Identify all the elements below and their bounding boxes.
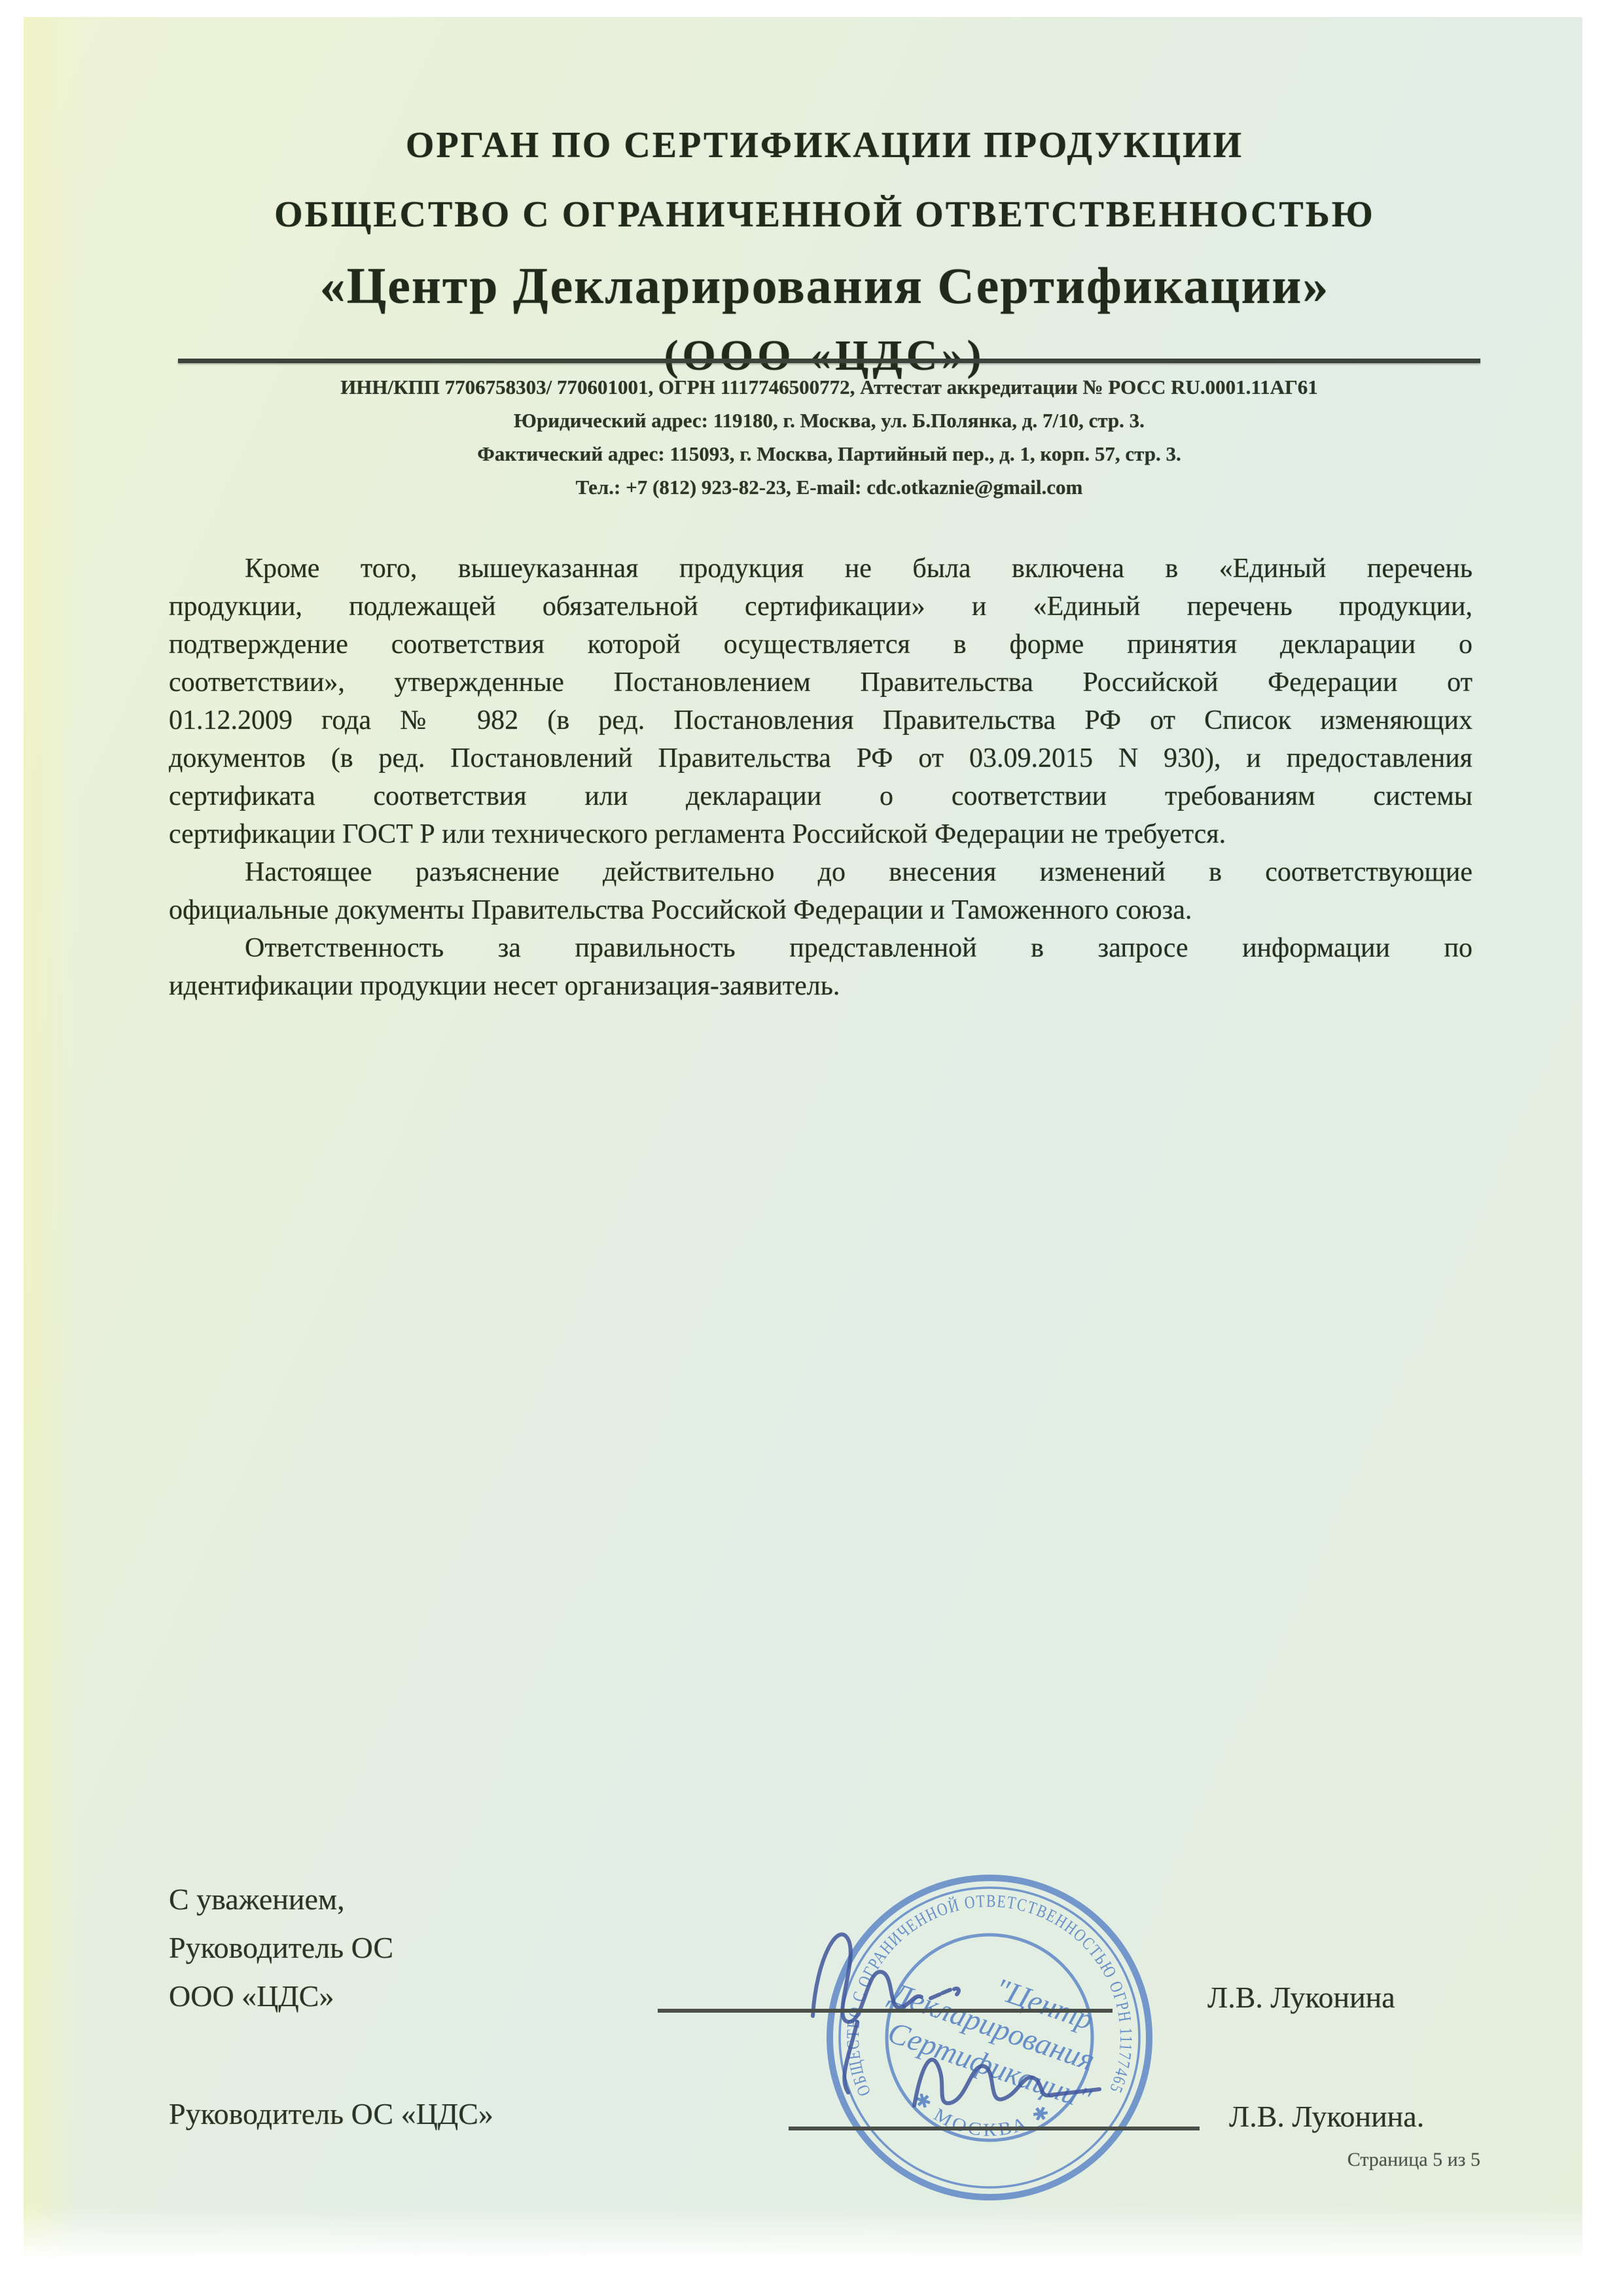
text-line: Кроме того, вышеуказанная продукция не б… xyxy=(169,550,1472,588)
letterhead-divider-rule xyxy=(178,359,1480,363)
text-line: соответствии», утвержденные Постановлени… xyxy=(169,663,1472,701)
signer-name-1: Л.В. Луконина xyxy=(1207,1980,1395,2015)
text-line: ИНН/КПП 7706758303/ 770601001, ОГРН 1117… xyxy=(178,370,1480,404)
requisites-block: ИНН/КПП 7706758303/ 770601001, ОГРН 1117… xyxy=(178,370,1480,504)
closing-phrase: С уважением, xyxy=(169,1882,345,1916)
text-line: Настоящее разъяснение действительно до в… xyxy=(169,853,1472,891)
letterhead-company-name: «Центр Декларирования Сертификации» xyxy=(170,256,1479,315)
text-line: подтверждение соответствия которой осуще… xyxy=(169,626,1472,663)
text-line: Юридический адрес: 119180, г. Москва, ул… xyxy=(178,404,1480,437)
text-line: Ответственность за правильность представ… xyxy=(169,929,1472,967)
paragraph-3: Ответственность за правильность представ… xyxy=(169,929,1472,1005)
text-line: документов (в ред. Постановлений Правите… xyxy=(169,739,1472,777)
text-line: 01.12.2009 года № 982 (в ред. Постановле… xyxy=(169,701,1472,739)
signer-title-line-2: ООО «ЦДС» xyxy=(169,1979,334,2013)
text-line: Тел.: +7 (812) 923-82-23, E-mail: cdc.ot… xyxy=(178,470,1480,504)
text-line: сертификации ГОСТ Р или технического рег… xyxy=(169,815,1472,853)
signer-name-2: Л.В. Луконина. xyxy=(1229,2099,1424,2134)
text-line: сертификата соответствия или декларации … xyxy=(169,777,1472,815)
letterhead-line-2: ОБЩЕСТВО С ОГРАНИЧЕННОЙ ОТВЕТСТВЕННОСТЬЮ xyxy=(170,194,1479,236)
text-line: продукции, подлежащей обязательной серти… xyxy=(169,588,1472,626)
letterhead-line-1: ОРГАН ПО СЕРТИФИКАЦИИ ПРОДУКЦИИ xyxy=(170,124,1479,166)
company-round-stamp: ОБЩЕСТВО С ОГРАНИЧЕННОЙ ОТВЕТСТВЕННОСТЬЮ… xyxy=(793,1862,1186,2229)
signer-title-row-2: Руководитель ОС «ЦДС» xyxy=(169,2096,493,2131)
signature-line-1 xyxy=(658,2009,1113,2013)
text-line: официальные документы Правительства Росс… xyxy=(169,891,1472,929)
paragraph-1: Кроме того, вышеуказанная продукция не б… xyxy=(169,550,1472,853)
text-line: Фактический адрес: 115093, г. Москва, Па… xyxy=(178,437,1480,470)
text-line: идентификации продукции несет организаци… xyxy=(169,967,1472,1005)
signature-line-2 xyxy=(789,2127,1200,2130)
page-number-note: Страница 5 из 5 xyxy=(1284,2149,1480,2171)
paragraph-2: Настоящее разъяснение действительно до в… xyxy=(169,853,1472,929)
signer-title-line-1: Руководитель ОС xyxy=(169,1930,393,1965)
scanned-letter-page: ОРГАН ПО СЕРТИФИКАЦИИ ПРОДУКЦИИ ОБЩЕСТВО… xyxy=(0,0,1623,2296)
letter-body: Кроме того, вышеуказанная продукция не б… xyxy=(169,550,1472,1005)
